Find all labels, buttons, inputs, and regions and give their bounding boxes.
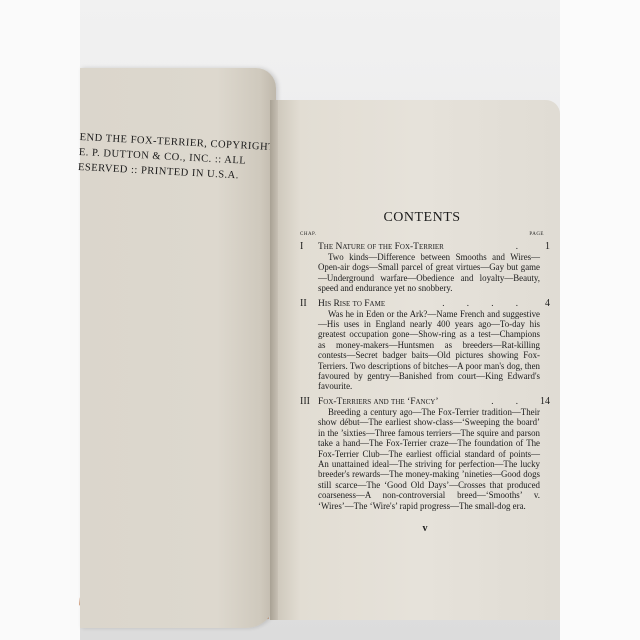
chapter-page: 14: [536, 396, 550, 407]
chapter-entry: II His Rise to Fame . . . . 4 Was he in …: [300, 298, 550, 392]
chapter-title: His Rise to Fame: [318, 299, 442, 309]
copyright-notice: END THE FOX-TERRIER, COPYRIGHT, E. P. DU…: [78, 130, 270, 185]
chapter-title: Fox-Terriers and the ‘Fancy’: [318, 397, 491, 407]
leader-dots: . .: [491, 396, 528, 406]
page-label: PAGE: [529, 232, 544, 237]
chapter-number: I: [300, 241, 318, 252]
chapter-entry: III Fox-Terriers and the ‘Fancy’ . . 14 …: [300, 396, 550, 511]
chapter-page: 1: [536, 241, 550, 252]
page-folio: v: [300, 523, 550, 534]
photo-border-right: [560, 0, 640, 640]
chapter-description: Two kinds—Difference between Smooths and…: [300, 252, 550, 294]
left-page: END THE FOX-TERRIER, COPYRIGHT, E. P. DU…: [80, 68, 276, 628]
chapter-description: Breeding a century ago—The Fox-Terrier t…: [300, 407, 550, 511]
chapter-description: Was he in Eden or the Ark?—Name French a…: [300, 309, 550, 392]
chapter-page: 4: [536, 298, 550, 309]
chap-label: CHAP.: [300, 232, 317, 237]
leader-dots: .: [516, 241, 528, 251]
chapter-entry: I The Nature of the Fox-Terrier . 1 Two …: [300, 241, 550, 294]
photo-border-left: [0, 0, 80, 640]
chapter-title: The Nature of the Fox-Terrier: [318, 242, 516, 252]
table-of-contents: CONTENTS CHAP. PAGE I The Nature of the …: [300, 210, 550, 534]
column-headers: CHAP. PAGE: [300, 232, 550, 237]
leader-dots: . . . .: [442, 298, 528, 308]
chapter-number: II: [300, 298, 318, 309]
chapter-number: III: [300, 396, 318, 407]
contents-title: CONTENTS: [294, 210, 550, 226]
right-page: CONTENTS CHAP. PAGE I The Nature of the …: [278, 100, 560, 620]
